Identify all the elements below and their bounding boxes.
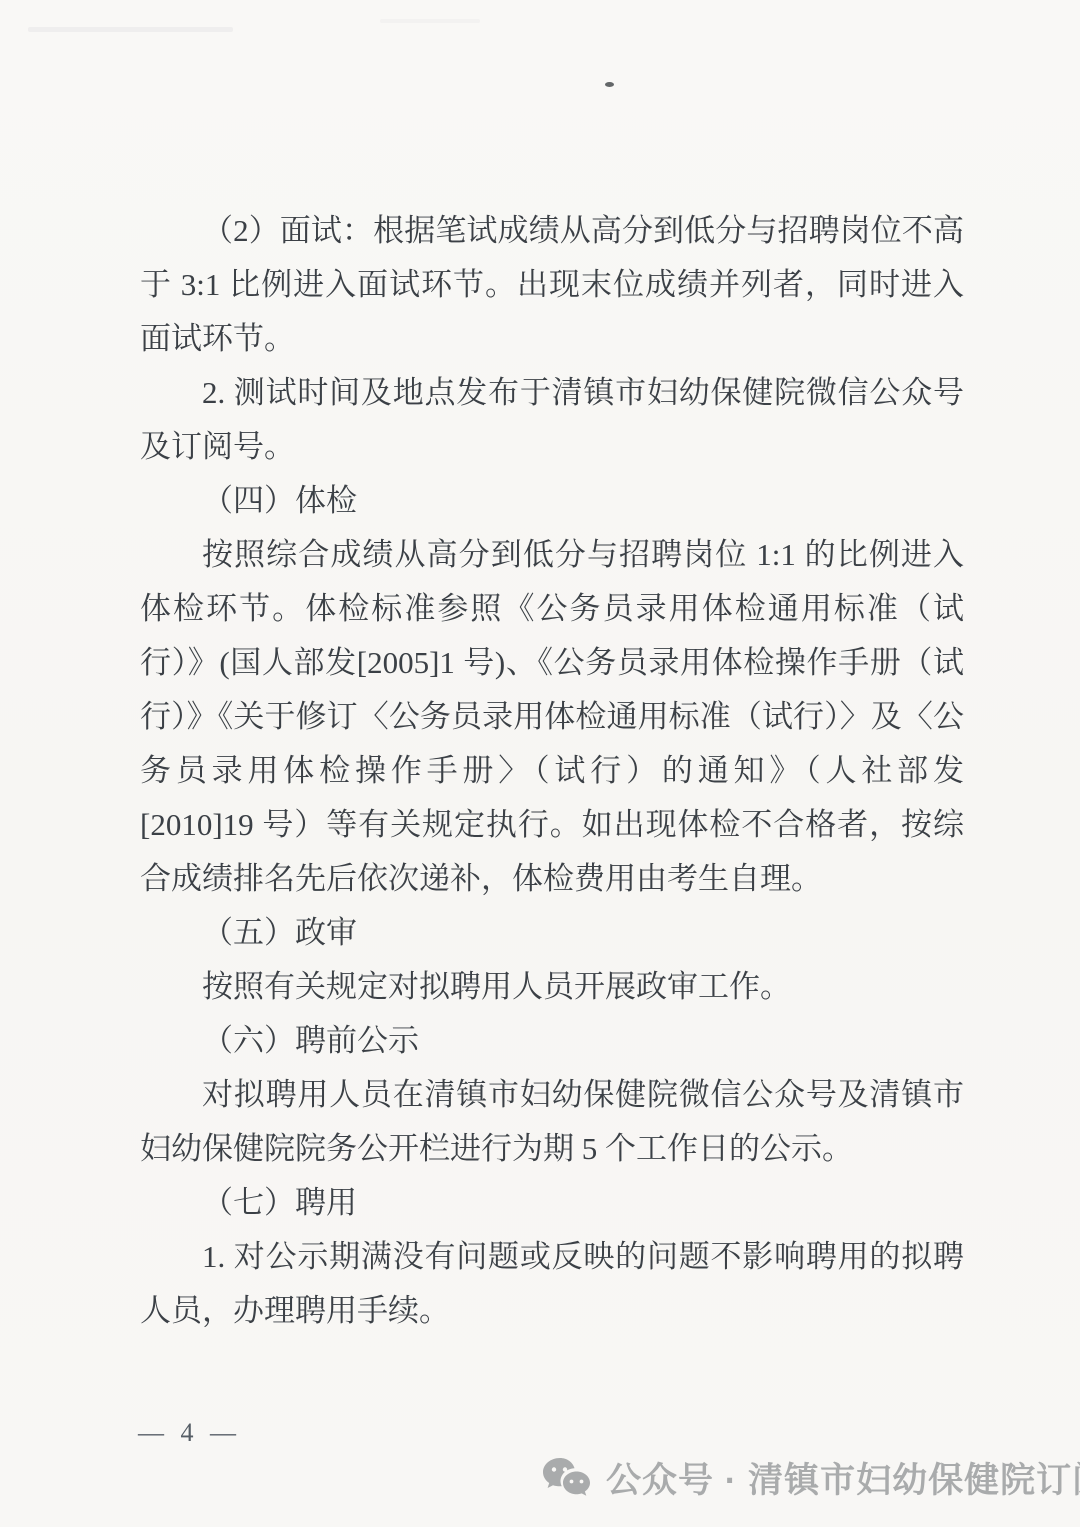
document-body: （2）面试：根据笔试成绩从高分到低分与招聘岗位不高于 3:1 比例进入面试环节。… — [140, 204, 964, 1338]
paragraph: （七）聘用 — [140, 1176, 964, 1230]
paragraph: 对拟聘用人员在清镇市妇幼保健院微信公众号及清镇市妇幼保健院院务公开栏进行为期 5… — [140, 1068, 964, 1176]
paragraph: 按照有关规定对拟聘用人员开展政审工作。 — [140, 960, 964, 1014]
paragraph: （六）聘前公示 — [140, 1014, 964, 1068]
paragraph: （2）面试：根据笔试成绩从高分到低分与招聘岗位不高于 3:1 比例进入面试环节。… — [140, 204, 964, 366]
scan-speck — [605, 82, 614, 87]
wechat-account-label: 公众号 · 清镇市妇幼保健院订阅号 — [606, 1453, 1080, 1503]
scan-smudge — [380, 19, 480, 23]
paragraph: 按照综合成绩从高分到低分与招聘岗位 1:1 的比例进入体检环节。体检标准参照《公… — [140, 528, 964, 906]
paragraph: （五）政审 — [140, 906, 964, 960]
wechat-logo-icon — [540, 1452, 592, 1504]
paragraph: （四）体检 — [140, 474, 964, 528]
scan-smudge — [28, 27, 233, 32]
wechat-watermark: 公众号 · 清镇市妇幼保健院订阅号 — [540, 1452, 1080, 1504]
paragraph: 2. 测试时间及地点发布于清镇市妇幼保健院微信公众号及订阅号。 — [140, 366, 964, 474]
paragraph: 1. 对公示期满没有问题或反映的问题不影响聘用的拟聘人员，办理聘用手续。 — [140, 1230, 964, 1338]
page-number: — 4 — — [138, 1418, 241, 1448]
document-page: （2）面试：根据笔试成绩从高分到低分与招聘岗位不高于 3:1 比例进入面试环节。… — [0, 0, 1080, 1527]
